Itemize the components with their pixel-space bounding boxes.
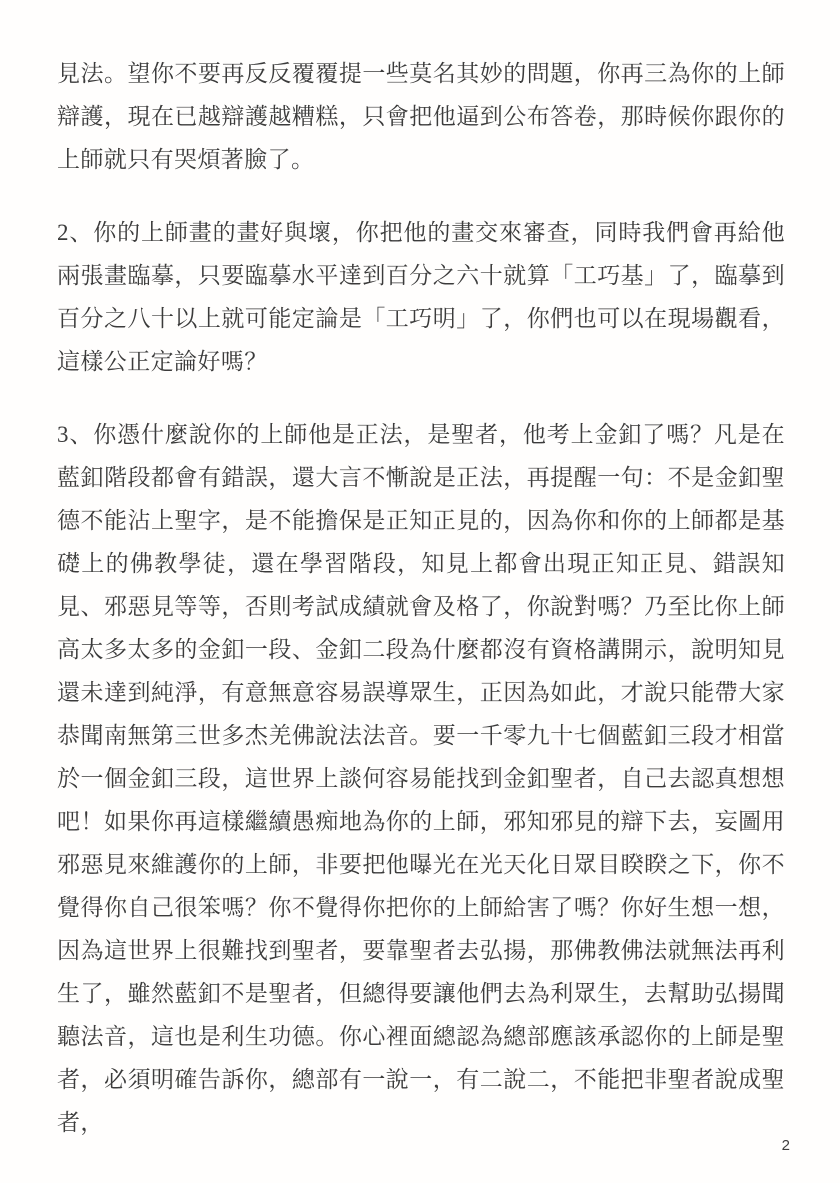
page-number: 2 xyxy=(782,1136,790,1156)
paragraph-3: 3、你憑什麼說你的上師他是正法，是聖者，他考上金釦了嗎？凡是在藍釦階段都會有錯誤… xyxy=(57,413,785,1144)
paragraph-2: 2、你的上師畫的畫好與壞，你把他的畫交來審查，同時我們會再給他兩張畫臨摹，只要臨… xyxy=(57,211,785,383)
paragraph-1: 見法。望你不要再反反覆覆提一些莫名其妙的問題，你再三為你的上師辯護，現在已越辯護… xyxy=(57,52,785,181)
text-block: 見法。望你不要再反反覆覆提一些莫名其妙的問題，你再三為你的上師辯護，現在已越辯護… xyxy=(57,52,785,1174)
document-page: 見法。望你不要再反反覆覆提一些莫名其妙的問題，你再三為你的上師辯護，現在已越辯護… xyxy=(0,0,840,1183)
